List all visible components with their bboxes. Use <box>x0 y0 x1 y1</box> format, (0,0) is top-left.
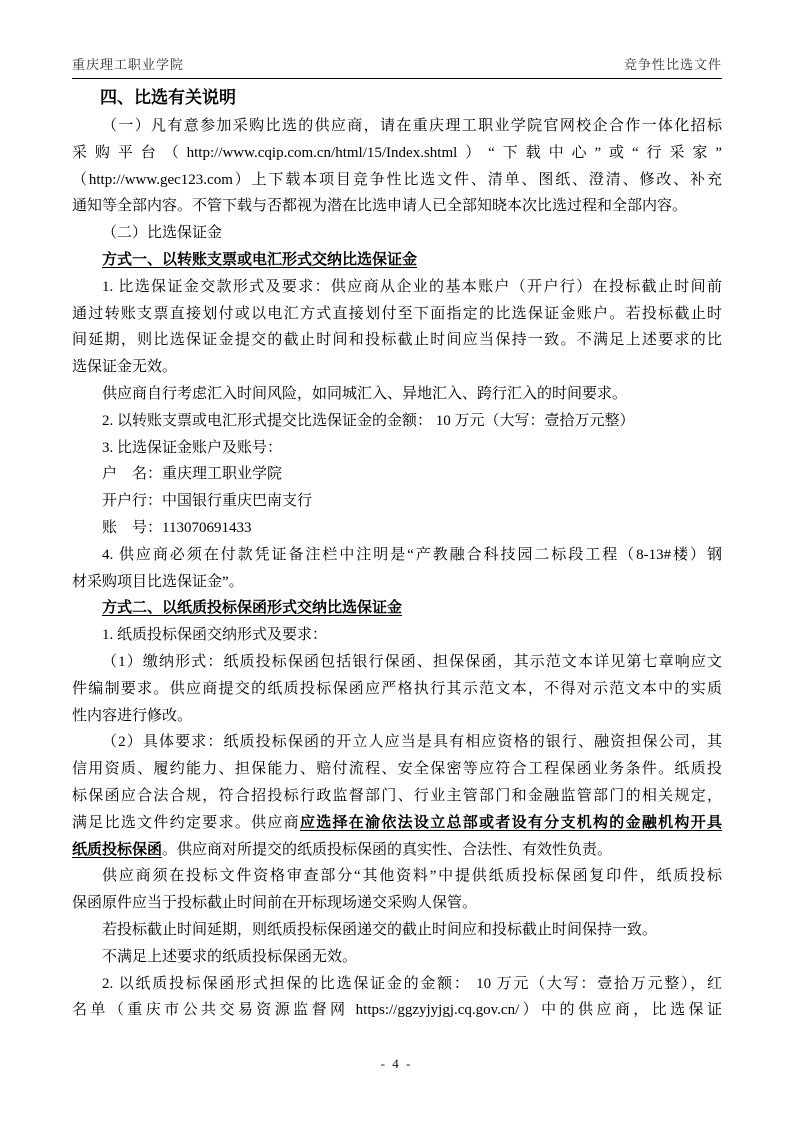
method-1-item-1: 间延期，则比选保证金提交的截止时间和投标截止时间应当保持一致。不满足上述要求的比 <box>72 327 722 354</box>
method-2-requirements: 信用资质、履约能力、担保能力、赔付流程、安全保密等应符合工程保函业务条件。纸质投 <box>72 756 722 783</box>
text-segment: 若投标截止时间延期，则纸质投标保函递交的截止时间应和投标截止时间保持一致。 <box>102 922 657 938</box>
text-segment: 3. 比选保证金账户及账号： <box>102 440 282 456</box>
method-1-item-3-account: 3. 比选保证金账户及账号： <box>72 435 722 462</box>
text-segment: 采购平台（http://www.cqip.com.cn/html/15/Inde… <box>72 145 722 161</box>
paragraphs-container: （一）凡有意参加采购比选的供应商，请在重庆理工职业学院官网校企合作一体化招标采购… <box>72 113 722 1024</box>
text-segment: 材采购项目比选保证金”。 <box>72 574 244 590</box>
emphasized-text: 方式一、以转账支票或电汇形式交纳比选保证金 <box>102 252 417 268</box>
text-segment: 满足比选文件约定要求。供应商 <box>72 815 300 831</box>
text-segment: （1）缴纳形式：纸质投标保函包括银行保函、担保保函，其示范文本详见第七章响应文 <box>102 654 722 670</box>
method-2-copy-note: 保函原件应当于投标截止时间前在开标现场递交采购人保管。 <box>72 890 722 917</box>
account-name: 户 名：重庆理工职业学院 <box>72 461 722 488</box>
method-1-item-1: 选保证金无效。 <box>72 354 722 381</box>
method-2-requirements: 满足比选文件约定要求。供应商应选择在渝依法设立总部或者设有分支机构的金融机构开具 <box>72 810 722 837</box>
account-bank: 开户行：中国银行重庆巴南支行 <box>72 488 722 515</box>
text-segment: 。供应商对所提交的纸质投标保函的真实性、合法性、有效性负责。 <box>162 842 612 858</box>
text-segment: 1. 纸质投标保函交纳形式及要求： <box>102 627 327 643</box>
text-segment: 信用资质、履约能力、担保能力、赔付流程、安全保密等应符合工程保函业务条件。纸质投 <box>72 761 722 777</box>
text-segment: 2. 以转账支票或电汇形式提交比选保证金的金额： 10 万元（大写：壹拾万元整） <box>102 413 635 429</box>
text-segment: （http://www.gec123.com）上下载本项目竞争性比选文件、清单、… <box>72 172 722 188</box>
document-page: 重庆理工职业学院 竞争性比选文件 四、比选有关说明 （一）凡有意参加采购比选的供… <box>0 0 793 1122</box>
header-right-doc-type: 竞争性比选文件 <box>624 54 722 73</box>
section-title: 四、比选有关说明 <box>72 86 722 110</box>
clause-1-download-info: （一）凡有意参加采购比选的供应商，请在重庆理工职业学院官网校企合作一体化招标 <box>72 113 722 140</box>
text-segment: 通过转账支票直接划付或以电汇方式直接划付至下面指定的比选保证金账户。若投标截止时 <box>72 306 722 322</box>
method-2-requirements: 纸质投标保函。供应商对所提交的纸质投标保函的真实性、合法性、有效性负责。 <box>72 837 722 864</box>
method-2-requirements: 标保函应合法合规，符合招投标行政监督部门、行业主管部门和金融监管部门的相关规定， <box>72 783 722 810</box>
text-segment: 户 名：重庆理工职业学院 <box>102 466 282 482</box>
method-2-heading: 方式二、以纸质投标保函形式交纳比选保证金 <box>72 595 722 622</box>
text-segment: （二）比选保证金 <box>102 225 222 241</box>
text-segment: 件编制要求。供应商提交的纸质投标保函应严格执行其示范文本，不得对示范文本中的实质 <box>72 681 722 697</box>
text-segment: 供应商自行考虑汇入时间风险，如同城汇入、异地汇入、跨行汇入的时间要求。 <box>102 386 627 402</box>
document-body: 四、比选有关说明 （一）凡有意参加采购比选的供应商，请在重庆理工职业学院官网校企… <box>72 86 722 1024</box>
method-2-item-1: 1. 纸质投标保函交纳形式及要求： <box>72 622 722 649</box>
emphasized-text: 纸质投标保函 <box>72 842 162 858</box>
text-segment: 保函原件应当于投标截止时间前在开标现场递交采购人保管。 <box>72 895 477 911</box>
page-footer: - 4 - <box>0 1056 793 1072</box>
method-2-payment-form: （1）缴纳形式：纸质投标保函包括银行保函、担保保函，其示范文本详见第七章响应文 <box>72 649 722 676</box>
method-1-item-4-remark: 4. 供应商必须在付款凭证备注栏中注明是“产教融合科技园二标段工程（8-13#楼… <box>72 542 722 569</box>
text-segment: 不满足上述要求的纸质投标保函无效。 <box>102 949 357 965</box>
emphasized-text: 应选择在渝依法设立总部或者设有分支机构的金融机构开具 <box>300 815 722 831</box>
method-2-payment-form: 件编制要求。供应商提交的纸质投标保函应严格执行其示范文本，不得对示范文本中的实质 <box>72 676 722 703</box>
emphasized-text: 方式二、以纸质投标保函形式交纳比选保证金 <box>102 600 402 616</box>
text-segment: 开户行：中国银行重庆巴南支行 <box>102 493 312 509</box>
method-1-heading: 方式一、以转账支票或电汇形式交纳比选保证金 <box>72 247 722 274</box>
method-2-copy-note: 供应商须在投标文件资格审查部分“其他资料”中提供纸质投标保函复印件，纸质投标 <box>72 863 722 890</box>
method-2-requirements: （2）具体要求：纸质投标保函的开立人应当是具有相应资格的银行、融资担保公司，其 <box>72 729 722 756</box>
text-segment: 账 号：113070691433 <box>102 520 251 536</box>
method-2-item-2-amount: 2. 以纸质投标保函形式担保的比选保证金的金额： 10 万元（大写：壹拾万元整）… <box>72 971 722 998</box>
text-segment: 性内容进行修改。 <box>72 708 192 724</box>
clause-1-download-info: 采购平台（http://www.cqip.com.cn/html/15/Inde… <box>72 140 722 167</box>
method-1-item-1: 通过转账支票直接划付或以电汇方式直接划付至下面指定的比选保证金账户。若投标截止时 <box>72 301 722 328</box>
method-2-payment-form: 性内容进行修改。 <box>72 703 722 730</box>
page-number: - 4 - <box>381 1056 413 1071</box>
header-divider <box>72 78 722 79</box>
text-segment: （一）凡有意参加采购比选的供应商，请在重庆理工职业学院官网校企合作一体化招标 <box>102 118 722 134</box>
method-2-delay-note: 若投标截止时间延期，则纸质投标保函递交的截止时间应和投标截止时间保持一致。 <box>72 917 722 944</box>
method-2-invalid-note: 不满足上述要求的纸质投标保函无效。 <box>72 944 722 971</box>
text-segment: 标保函应合法合规，符合招投标行政监督部门、行业主管部门和金融监管部门的相关规定， <box>72 788 722 804</box>
method-1-item-2-amount: 2. 以转账支票或电汇形式提交比选保证金的金额： 10 万元（大写：壹拾万元整） <box>72 408 722 435</box>
clause-1-download-info: 通知等全部内容。不管下载与否都视为潜在比选申请人已全部知晓本次比选过程和全部内容… <box>72 193 722 220</box>
header-left-school-name: 重庆理工职业学院 <box>72 54 184 73</box>
text-segment: 名单（重庆市公共交易资源监督网 https://ggzyjyjgj.cq.gov… <box>72 1002 722 1018</box>
text-segment: 供应商须在投标文件资格审查部分“其他资料”中提供纸质投标保函复印件，纸质投标 <box>102 868 722 884</box>
page-header: 重庆理工职业学院 竞争性比选文件 <box>72 54 722 73</box>
text-segment: 2. 以纸质投标保函形式担保的比选保证金的金额： 10 万元（大写：壹拾万元整）… <box>102 976 722 992</box>
clause-1-download-info: （http://www.gec123.com）上下载本项目竞争性比选文件、清单、… <box>72 167 722 194</box>
text-segment: 通知等全部内容。不管下载与否都视为潜在比选申请人已全部知晓本次比选过程和全部内容… <box>72 198 687 214</box>
method-1-item-4-remark: 材采购项目比选保证金”。 <box>72 569 722 596</box>
text-segment: 间延期，则比选保证金提交的截止时间和投标截止时间应当保持一致。不满足上述要求的比 <box>72 332 722 348</box>
text-segment: （2）具体要求：纸质投标保函的开立人应当是具有相应资格的银行、融资担保公司，其 <box>102 734 722 750</box>
text-segment: 1. 比选保证金交款形式及要求：供应商从企业的基本账户（开户行）在投标截止时间前 <box>102 279 722 295</box>
account-number: 账 号：113070691433 <box>72 515 722 542</box>
text-segment: 4. 供应商必须在付款凭证备注栏中注明是“产教融合科技园二标段工程（8-13#楼… <box>102 547 722 563</box>
method-2-item-2-amount: 名单（重庆市公共交易资源监督网 https://ggzyjyjgj.cq.gov… <box>72 997 722 1024</box>
method-1-risk-note: 供应商自行考虑汇入时间风险，如同城汇入、异地汇入、跨行汇入的时间要求。 <box>72 381 722 408</box>
method-1-item-1: 1. 比选保证金交款形式及要求：供应商从企业的基本账户（开户行）在投标截止时间前 <box>72 274 722 301</box>
text-segment: 选保证金无效。 <box>72 359 177 375</box>
clause-2-deposit: （二）比选保证金 <box>72 220 722 247</box>
